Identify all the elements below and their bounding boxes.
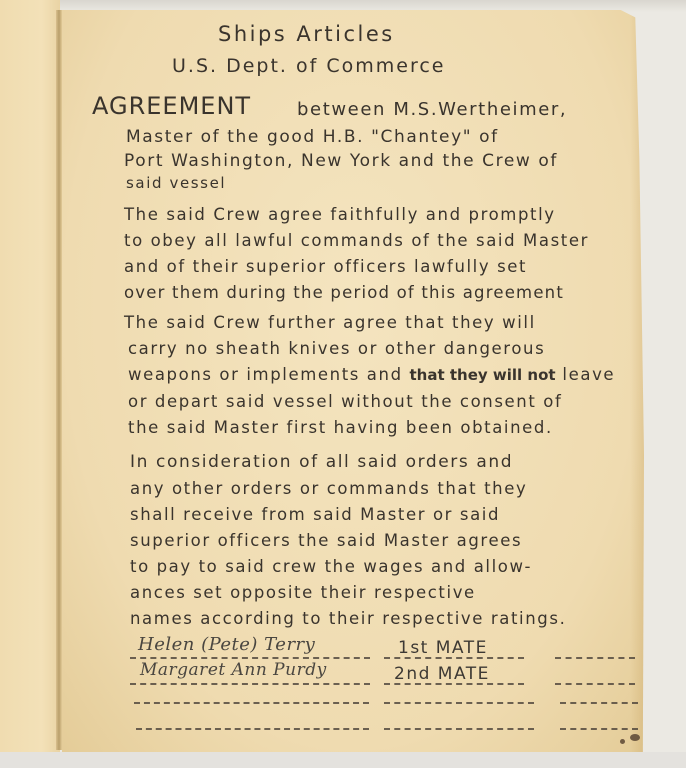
para2-line-1: The said Crew further agree that they wi… — [124, 313, 536, 332]
para3-line-6: ances set opposite their respective — [130, 583, 476, 602]
crew-name-1: Helen (Pete) Terry — [138, 634, 315, 655]
agreement-line-4: said vessel — [126, 174, 226, 192]
para1-line-1: The said Crew agree faithfully and promp… — [124, 205, 556, 224]
ink-smudge — [630, 734, 640, 741]
para2-line-3: weapons or implements and that they will… — [128, 365, 615, 384]
agreement-line-1: between M.S.Wertheimer, — [297, 99, 567, 120]
para2-line-3-tail: leave — [562, 365, 615, 384]
para3-line-1: In consideration of all said orders and — [130, 452, 513, 472]
agreement-line-3: Port Washington, New York and the Crew o… — [124, 151, 558, 171]
crew-rating-2: 2nd MATE — [394, 664, 490, 684]
para1-line-2: to obey all lawful commands of the said … — [124, 231, 589, 250]
page-edge — [630, 10, 644, 752]
signature-line — [130, 657, 370, 659]
crew-rating-1: 1st MATE — [398, 638, 488, 658]
rating-line — [384, 683, 524, 685]
para1-line-4: over them during the period of this agre… — [124, 283, 564, 302]
crew-name-2: Margaret Ann Purdy — [140, 660, 327, 680]
para2-line-2: carry no sheath knives or other dangerou… — [128, 339, 545, 358]
para2-line-5: the said Master first having been obtain… — [128, 418, 553, 437]
left-page — [0, 0, 60, 752]
rating-line — [384, 657, 524, 659]
signature-line — [134, 702, 369, 704]
background-bottom — [0, 752, 686, 768]
para3-line-3: shall receive from said Master or said — [130, 505, 500, 524]
para2-line-4: or depart said vessel without the consen… — [128, 392, 562, 411]
para2-line-3-start: weapons or implements and — [128, 365, 403, 384]
para3-line-5: to pay to said crew the wages and allow- — [130, 557, 532, 576]
document-title: Ships Articles — [218, 22, 395, 46]
para3-line-7: names according to their respective rati… — [130, 609, 566, 628]
agreement-lead-word: AGREEMENT — [92, 92, 251, 120]
inserted-phrase: that they will not — [410, 366, 556, 384]
para1-line-3: and of their superior officers lawfully … — [124, 257, 527, 276]
para3-line-2: any other orders or commands that they — [130, 479, 527, 498]
wage-line — [555, 657, 635, 659]
document-subtitle: U.S. Dept. of Commerce — [172, 55, 445, 77]
ink-smudge — [620, 739, 625, 744]
rating-line — [384, 728, 534, 730]
signature-line — [136, 728, 369, 730]
wage-line — [555, 683, 635, 685]
signature-line — [130, 683, 370, 685]
book-spine — [56, 10, 62, 750]
agreement-line-2: Master of the good H.B. "Chantey" of — [126, 127, 499, 147]
wage-line — [560, 702, 638, 704]
wage-line — [560, 728, 638, 730]
rating-line — [384, 702, 534, 704]
para3-line-4: superior officers the said Master agrees — [130, 531, 522, 550]
